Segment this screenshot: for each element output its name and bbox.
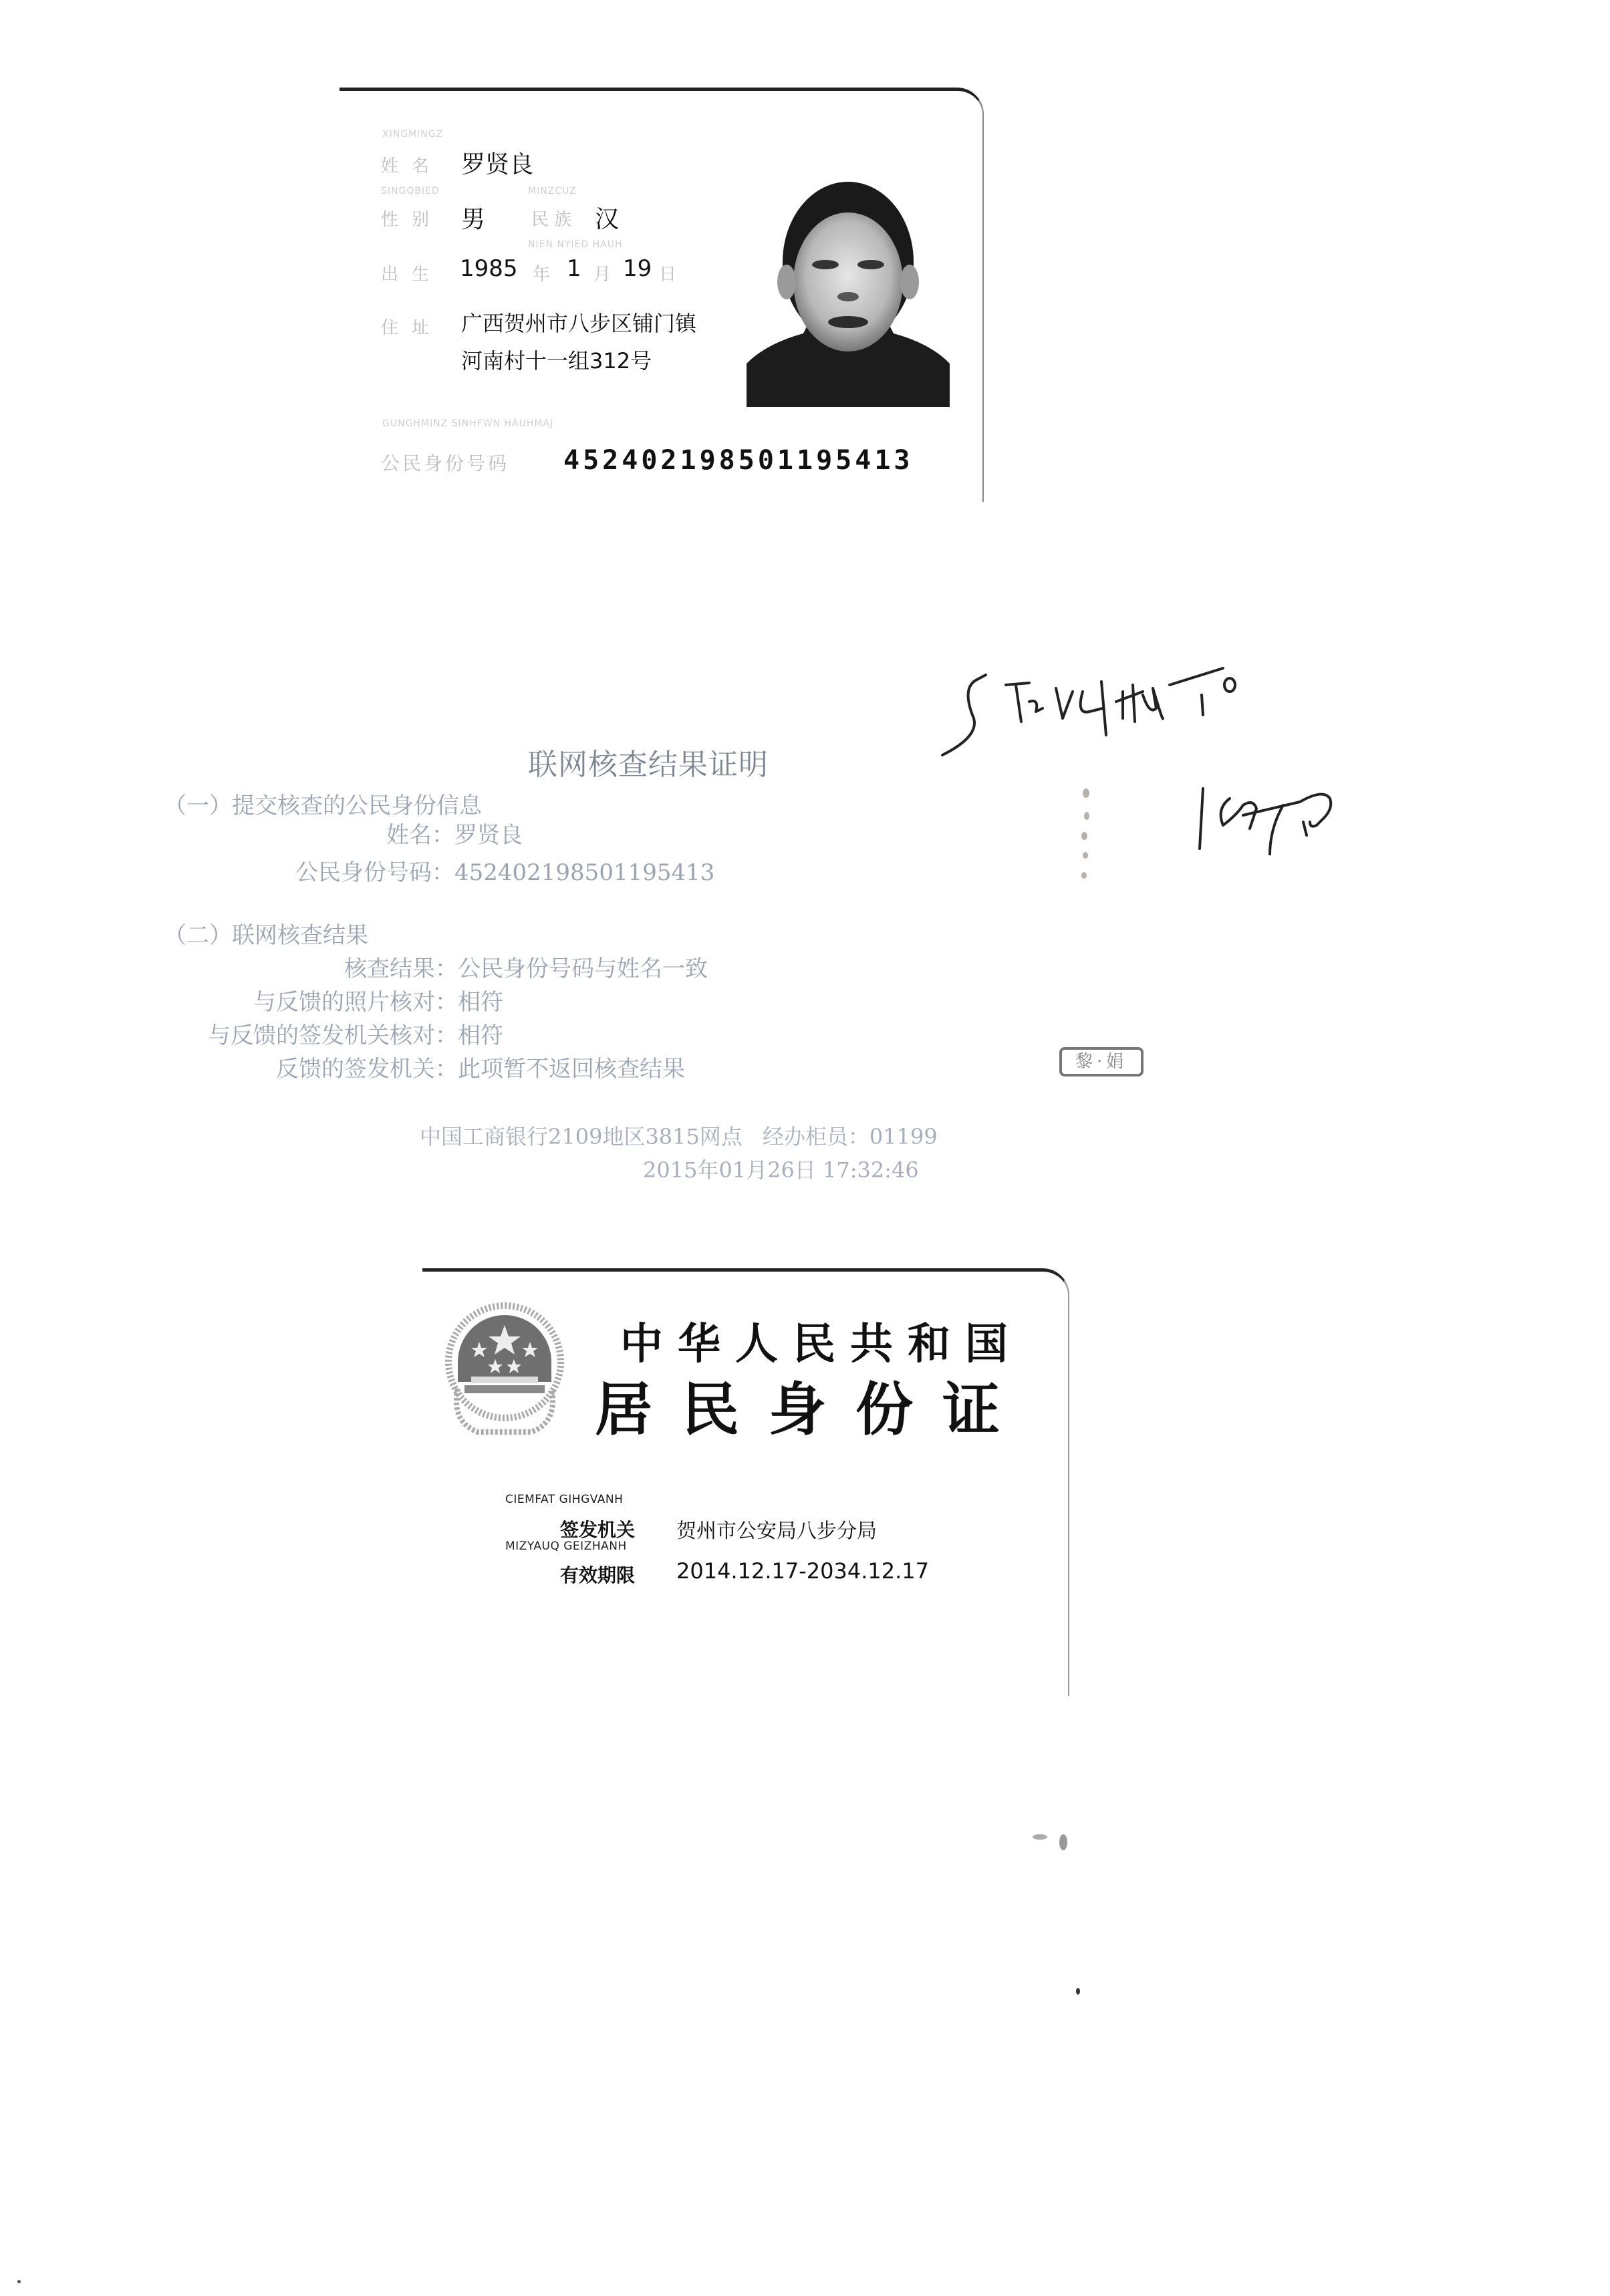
sex-value: 男 (461, 200, 485, 235)
section2-row: 反馈的签发机关：此项暂不返回核查结果 (164, 1050, 685, 1083)
footer-timestamp: 2015年01月26日 17:32:46 (643, 1153, 919, 1184)
back-title-country: 中华人民共和国 (620, 1310, 1023, 1371)
sex-label: 性别 (381, 206, 442, 231)
authority-value: 贺州市公安局八步分局 (676, 1514, 877, 1544)
section1-row: 姓名：罗贤良 (164, 817, 523, 849)
section2-row: 与反馈的照片核对：相符 (164, 984, 503, 1016)
day-unit: 日 (659, 261, 690, 285)
row-key: 反馈的签发机关： (164, 1050, 458, 1083)
authority-label: 签发机关 (560, 1516, 635, 1542)
section2-heading: （二）联网核查结果 (164, 917, 368, 950)
row-value: 相符 (458, 989, 503, 1016)
birth-pinyin-hint: NIEN NYIED HAUH (528, 239, 622, 250)
section1-heading: （一）提交核查的公民身份信息 (164, 787, 482, 820)
row-value: 相符 (458, 1022, 503, 1049)
section2-row: 核查结果：公民身份号码与姓名一致 (164, 950, 708, 983)
footer-branch-line: 中国工商银行2109地区3815网点经办柜员：01199 (420, 1120, 938, 1151)
section2-row: 与反馈的签发机关核对：相符 (164, 1017, 503, 1050)
national-emblem-icon (438, 1302, 571, 1438)
row-key: 核查结果： (164, 950, 458, 983)
row-key: 公民身份号码： (164, 854, 454, 887)
name-pinyin-hint: XINGMINGZ (382, 129, 443, 140)
row-key: 姓名： (164, 817, 454, 849)
row-value: 此项暂不返回核查结果 (458, 1056, 685, 1083)
sex-pinyin-hint: SINGQBIED (381, 186, 440, 196)
section1-row: 公民身份号码：452402198501195413 (164, 854, 714, 887)
id-number-label: 公民身份号码 (381, 449, 509, 476)
ethnicity-label: 民族 (531, 206, 577, 231)
address-label: 住址 (381, 314, 442, 339)
footer-branch: 中国工商银行2109地区3815网点 (420, 1124, 743, 1149)
year-unit: 年 (533, 261, 563, 285)
row-key: 与反馈的签发机关核对： (164, 1017, 458, 1050)
handwritten-annotation (922, 655, 1430, 855)
ethnicity-value: 汉 (595, 200, 619, 235)
operator-name-stamp: 黎·娟 (1059, 1047, 1144, 1077)
name-label: 姓名 (381, 152, 442, 177)
row-value: 罗贤良 (454, 822, 523, 849)
footer-operator-label: 经办柜员： (763, 1124, 869, 1149)
row-key: 与反馈的照片核对： (164, 984, 458, 1016)
validity-label: 有效期限 (560, 1561, 635, 1588)
row-value: 452402198501195413 (454, 859, 714, 886)
address-line1: 广西贺州市八步区铺门镇 (461, 305, 696, 342)
birth-day: 19 (623, 255, 652, 282)
address-line2: 河南村十一组312号 (461, 342, 652, 380)
footer-operator: 01199 (869, 1124, 938, 1149)
authority-pinyin: CIEMFAT GIHGVANH (505, 1493, 623, 1506)
birth-month: 1 (567, 255, 581, 282)
name-value: 罗贤良 (461, 146, 533, 180)
id-number-pinyin-hint: GUNGHMINZ SINHFWN HAUHMAJ (382, 418, 553, 429)
validity-value: 2014.12.17-2034.12.17 (676, 1558, 929, 1584)
row-value: 公民身份号码与姓名一致 (458, 956, 708, 982)
birth-year: 1985 (460, 255, 518, 282)
id-number-value: 452402198501195413 (563, 445, 913, 476)
validity-pinyin: MIZYAUQ GEIZHANH (505, 1540, 627, 1553)
portrait-photo (747, 163, 950, 407)
month-unit: 月 (593, 261, 624, 285)
back-title-document: 居民身份证 (595, 1363, 1029, 1446)
ethnicity-pinyin-hint: MINZCUZ (528, 186, 577, 196)
verification-title: 联网核查结果证明 (528, 740, 769, 783)
birth-label: 出生 (381, 261, 442, 285)
